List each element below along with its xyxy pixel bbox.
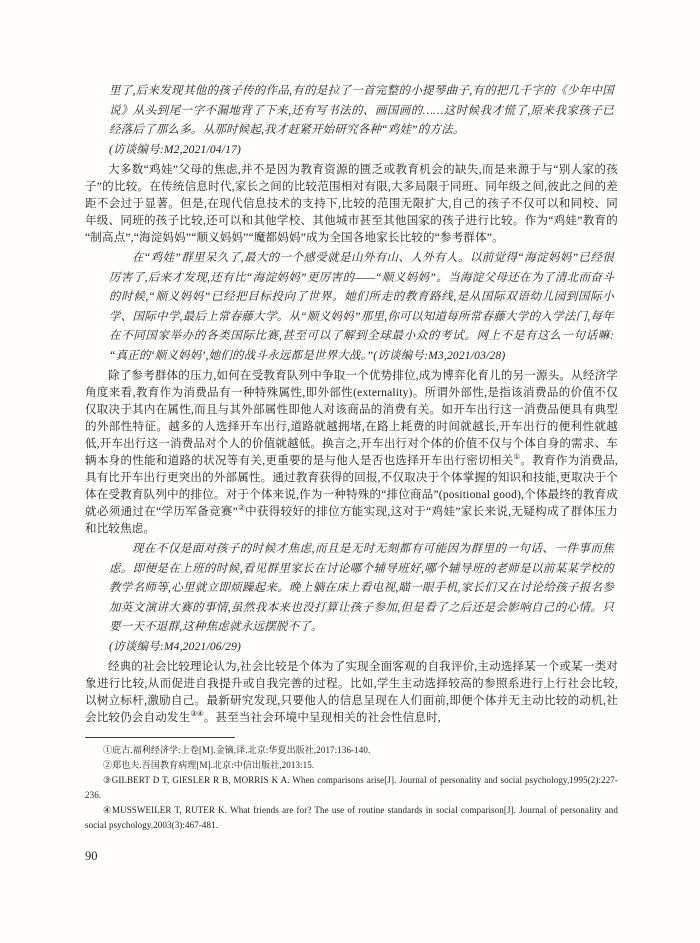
paragraph-economics-part1: 除了参考群体的压力,如何在受教育队列中争取一个优势排位,成为博弈化育儿的另一源头… bbox=[85, 370, 618, 467]
interview-quote-m4: 现在不仅是面对孩子的时候才焦虑,而且是无时无刻都有可能因为群里的一句话、一件事而… bbox=[109, 540, 614, 657]
quote-m3-body: 在“鸡娃”群里呆久了,最大的一个感受就是山外有山、人外有人。以前觉得“海淀妈妈”… bbox=[109, 252, 614, 362]
footnote-ref-3-4: ③④ bbox=[190, 709, 203, 718]
interview-ref-m2: (访谈编号:M2,2021/04/17) bbox=[109, 141, 614, 161]
footnote-2-text: 郑也夫.吾国教育病理[M].北京:中信出版社,2013:15. bbox=[112, 760, 314, 770]
footnote-4-text: MUSSWEILER T, RUTER K. What friends are … bbox=[85, 805, 618, 830]
footnote-4: ④MUSSWEILER T, RUTER K. What friends are… bbox=[85, 803, 618, 833]
interview-ref-m3: (访谈编号:M3,2021/03/28) bbox=[373, 350, 505, 362]
footnote-3-text: GILBERT D T, GIESLER R B, MORRIS K A. Wh… bbox=[85, 775, 618, 800]
quote-m4-text: 现在不仅是面对孩子的时候才焦虑,而且是无时无刻都有可能因为群里的一句话、一件事而… bbox=[109, 540, 614, 638]
footnote-4-marker: ④ bbox=[103, 805, 112, 815]
interview-ref-m4: (访谈编号:M4,2021/06/29) bbox=[109, 638, 614, 658]
footnote-1-text: 庇古.福利经济学:上卷[M].金镝,译.北京:华夏出版社,2017:136-14… bbox=[112, 745, 370, 755]
paragraph-social-comparison-part2: 。甚至当社会环境中呈现相关的社会性信息时, bbox=[204, 712, 441, 724]
footnote-3: ③GILBERT D T, GIESLER R B, MORRIS K A. W… bbox=[85, 773, 618, 803]
footnote-1: ①庇古.福利经济学:上卷[M].金镝,译.北京:华夏出版社,2017:136-1… bbox=[85, 743, 618, 758]
paragraph-social-comparison: 经典的社会比较理论认为,社会比较是个体为了实现全面客观的自我评价,主动选择某一个… bbox=[85, 659, 618, 727]
footnote-2: ②郑也夫.吾国教育病理[M].北京:中信出版社,2013:15. bbox=[85, 758, 618, 773]
footnote-1-marker: ① bbox=[103, 745, 112, 755]
paragraph-reference-group: 大多数“鸡娃”父母的焦虑,并不是因为教育资源的匮乏或教育机会的缺失,而是来源于与… bbox=[85, 162, 618, 247]
footnote-2-marker: ② bbox=[103, 760, 112, 770]
footnote-3-marker: ③ bbox=[103, 775, 112, 785]
footnote-list: ①庇古.福利经济学:上卷[M].金镝,译.北京:华夏出版社,2017:136-1… bbox=[85, 743, 618, 833]
page-number: 90 bbox=[85, 849, 618, 864]
footnote-separator bbox=[85, 737, 235, 738]
quote-m3-text: 在“鸡娃”群里呆久了,最大的一个感受就是山外有山、人外有人。以前觉得“海淀妈妈”… bbox=[109, 249, 614, 366]
document-page: 里了,后来发现其他的孩子传的作品,有的是拉了一首完整的小提琴曲子,有的把几千字的… bbox=[0, 0, 700, 943]
quote-m2-text: 里了,后来发现其他的孩子传的作品,有的是拉了一首完整的小提琴曲子,有的把几千字的… bbox=[109, 82, 614, 141]
paragraph-economics: 除了参考群体的压力,如何在受教育队列中争取一个优势排位,成为博弈化育儿的另一源头… bbox=[85, 368, 618, 538]
interview-quote-m3: 在“鸡娃”群里呆久了,最大的一个感受就是山外有山、人外有人。以前觉得“海淀妈妈”… bbox=[109, 249, 614, 366]
interview-quote-m2: 里了,后来发现其他的孩子传的作品,有的是拉了一首完整的小提琴曲子,有的把几千字的… bbox=[109, 82, 614, 160]
